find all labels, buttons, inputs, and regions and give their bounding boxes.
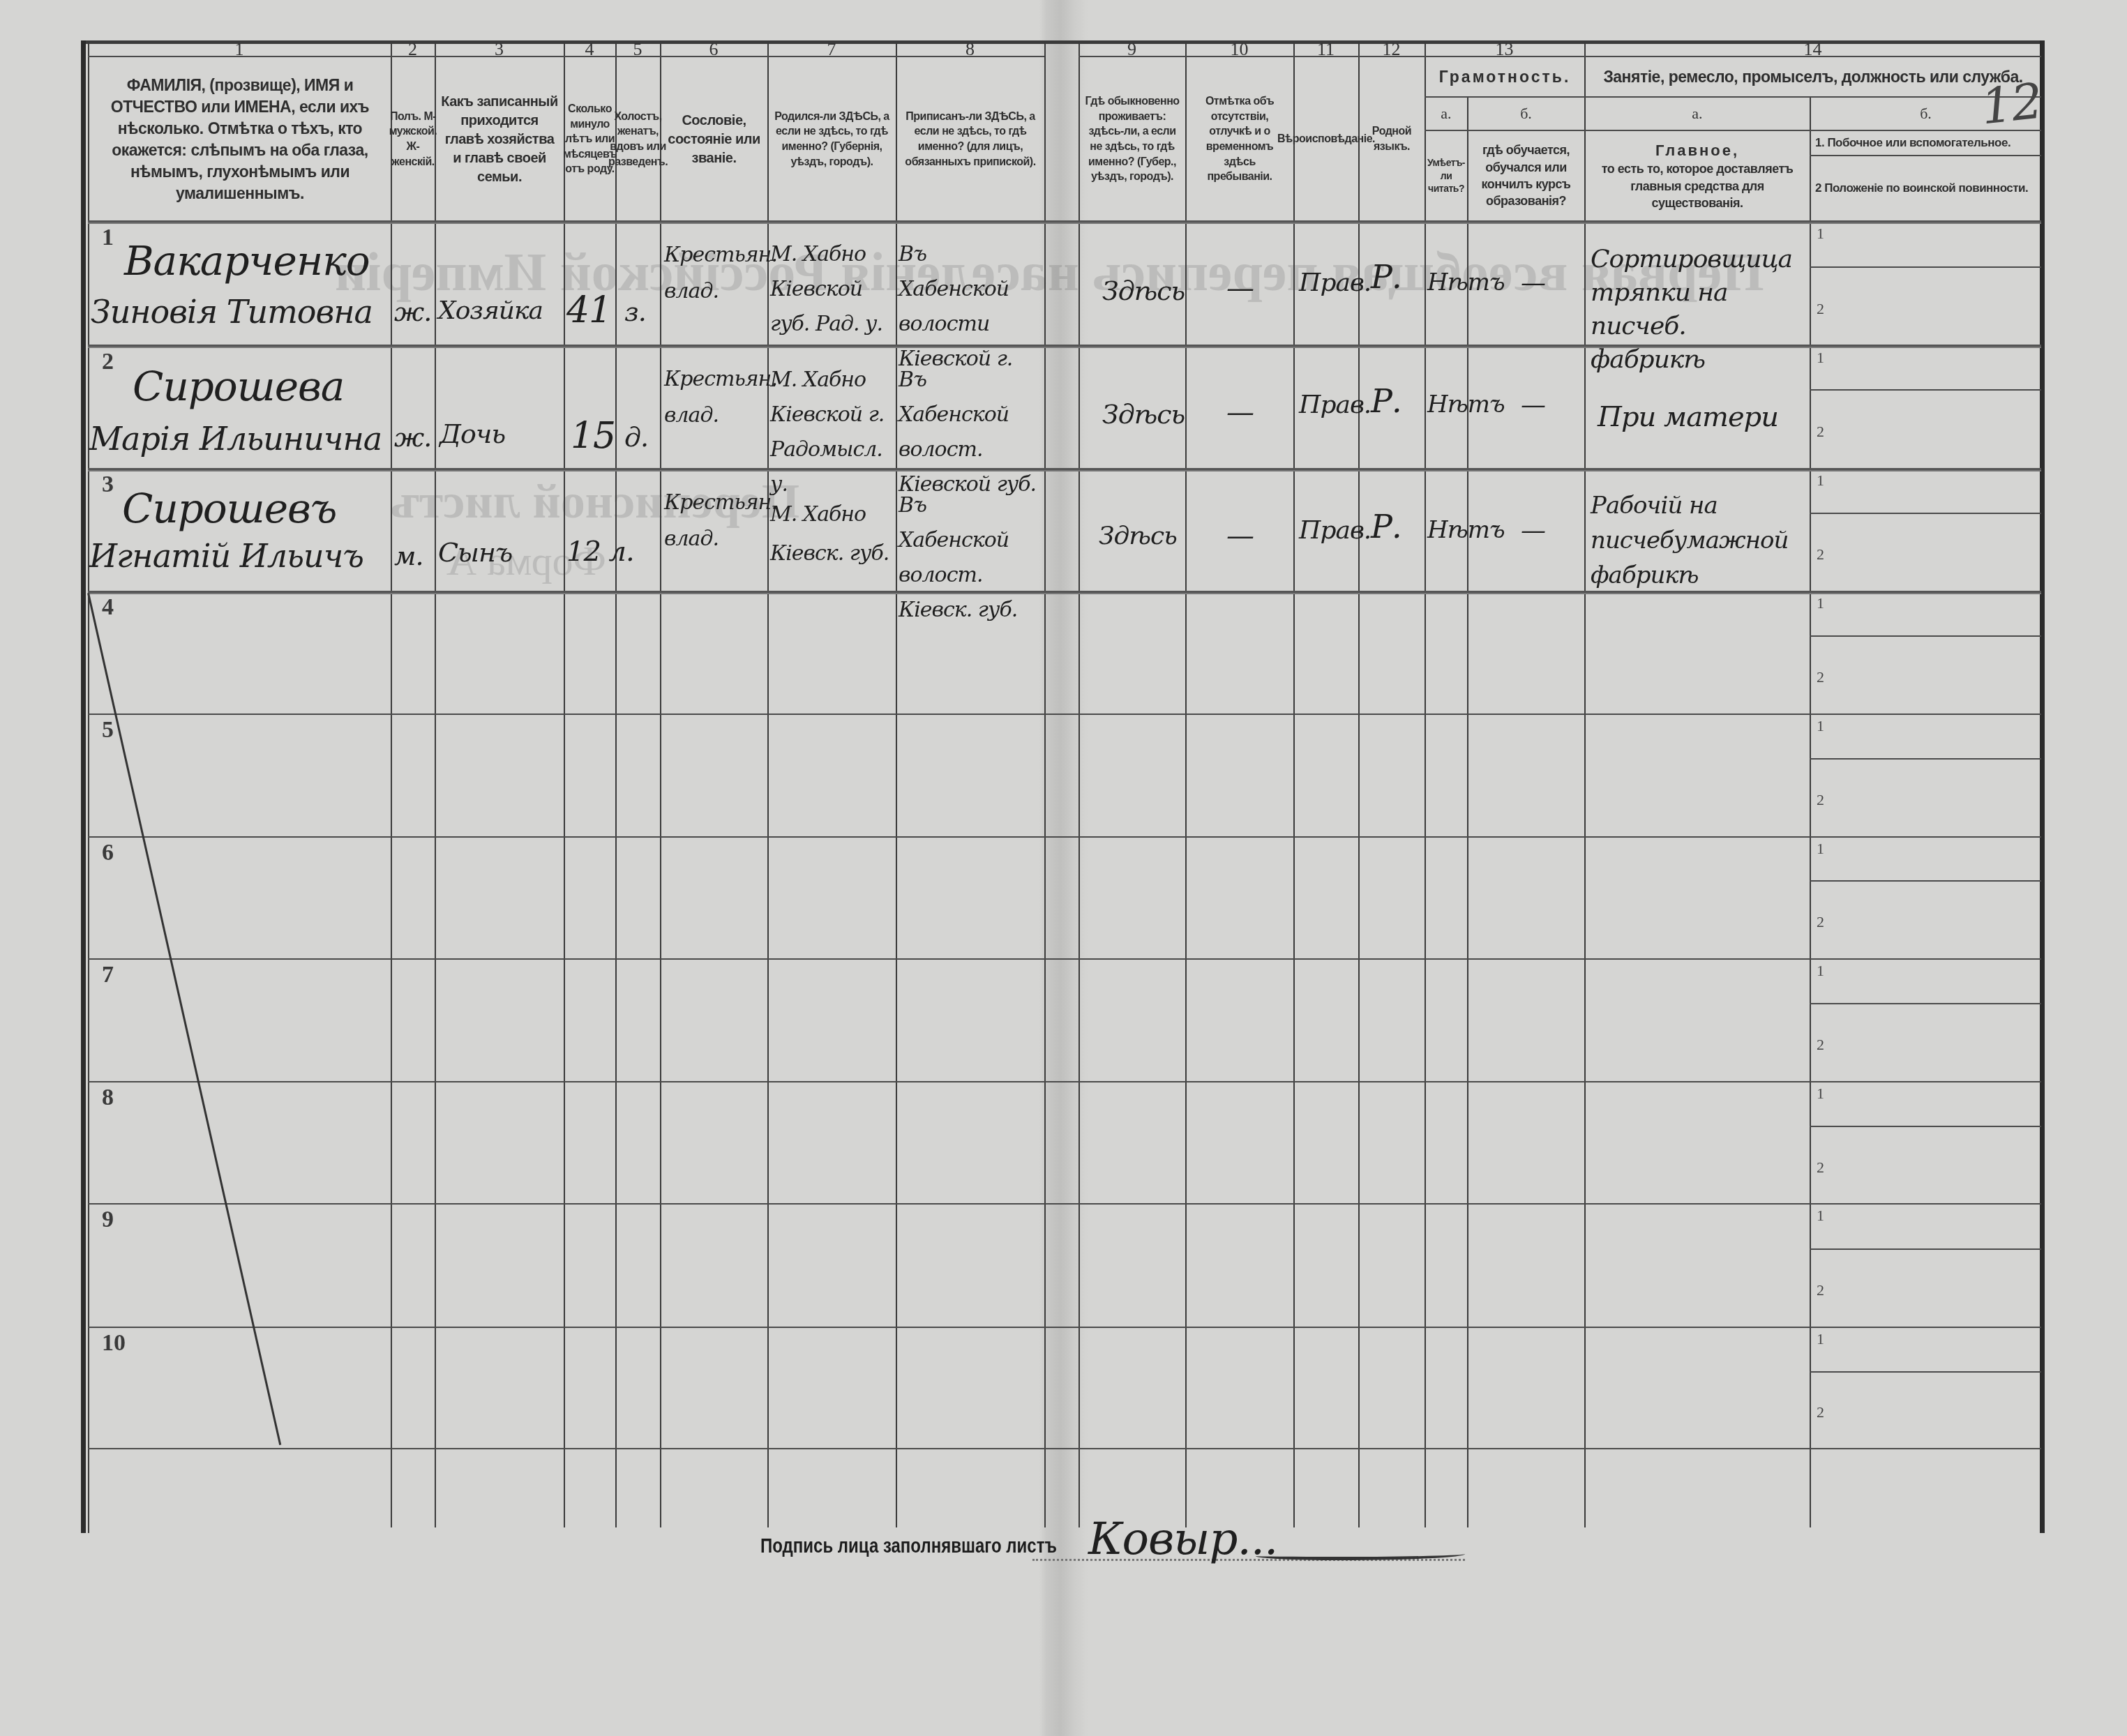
column-number: 12 [1358,42,1425,57]
sex: ж. [394,296,431,327]
col-divider [1425,42,1426,1527]
subrow-label: 1 [1817,717,1824,735]
birthplace: М. Хабно Кіевск. губ. [770,495,893,573]
sex: м. [394,541,423,571]
table-left-inner-border [88,40,89,1533]
header-col13b-education: гдѣ обучается, обучался или кончилъ курс… [1468,131,1584,220]
subrow-label: 1 [1817,1207,1824,1225]
column-number: 13 [1425,42,1584,57]
header-col11-religion: Вѣроисповѣданіе. [1295,59,1358,220]
subrow-line [1810,1126,2041,1127]
registered: Въ Хабенской волост. Кіевск. губ. [899,488,1042,628]
row-number: 4 [102,594,114,621]
age: 41 [566,289,611,331]
header-col12-language: Родной языкъ. [1360,59,1424,220]
census-sheet-paper: Первая всеобщая перепись населенія Россі… [0,0,2127,1736]
subrow-label: 1 [1817,1085,1824,1103]
col-divider-14ab [1810,98,1811,1527]
header-col2-sex: Полъ. М-мужской. Ж-женскій. [392,59,434,220]
subrow-line [1810,389,2041,391]
subrow-label: 2 [1817,300,1824,318]
header-col6-estate: Сословіе, состояніе или званіе. [661,59,767,220]
row-number: 9 [102,1207,114,1233]
subrow-label: 1 [1817,594,1824,612]
column-number: 5 [615,42,660,57]
absence: — [1226,272,1254,304]
column-number: 4 [564,42,615,57]
subrow-line [1810,513,2041,514]
language: Р. [1371,508,1401,545]
column-number: 9 [1078,42,1185,57]
relation: Сынъ [438,537,512,568]
row-line [88,1081,2041,1082]
subrow-label: 1 [1817,349,1824,367]
header-col3-relation: Какъ записанный приходится главѣ хозяйст… [436,59,563,220]
row-number: 1 [102,225,114,251]
column-number: 6 [660,42,767,57]
table-right-border [2040,40,2045,1533]
occupation-main: При матери [1598,401,1778,433]
header-col8-registered: Приписанъ-ли ЗДѢСЬ, а если не здѣсь, то … [897,59,1044,220]
row-line [88,836,2041,838]
row-line [88,958,2041,960]
subrow-label: 1 [1817,1330,1824,1348]
subrow-label: 1 [1817,225,1824,243]
col-divider [1078,42,1080,1527]
residence: Здѣсь [1099,522,1177,550]
table-left-border [81,40,86,1533]
can-read: Нѣтъ [1427,516,1505,544]
subrow-label: 1 [1817,471,1824,490]
subrow-line [1810,880,2041,882]
education: — [1521,516,1545,545]
subrow-line [1810,1371,2041,1373]
estate: Крестьян. влад. [664,237,762,310]
signature-label: Подпись лица заполнявшаго листъ [760,1534,1057,1558]
row-line [88,1448,2041,1449]
age: 15 [571,415,615,457]
subrow-label: 2 [1817,423,1824,441]
row-number: 10 [102,1330,126,1357]
subrow-line [1810,635,2041,637]
header-col14a-main: Главное, то есть то, которое доставляетъ… [1586,131,1809,220]
education: — [1521,269,1545,297]
estate: Крестьян. влад. [664,361,762,434]
cancel-diagonal-line [87,593,281,1445]
header-col4-age: Сколько минуло лѣтъ или мѣсяцевъ отъ род… [565,59,615,220]
row-line [88,1203,2041,1205]
row-number: 2 [102,349,114,375]
relation: Дочь [439,418,505,449]
subrow-label: 2 [1817,545,1824,564]
header-col13b-label: б. [1468,98,1584,130]
row-number: 8 [102,1085,114,1111]
header-col5-marital: Холостъ, женатъ, вдовъ или разведенъ. [617,59,659,220]
language: Р. [1371,258,1401,296]
absence: — [1226,520,1254,552]
row-number: 3 [102,471,114,498]
col-divider [896,42,897,1527]
relation: Хозяйка [438,296,543,325]
education: — [1521,391,1545,419]
header-col14a-label: а. [1586,98,1809,130]
header-col14-occupation-title: Занятіе, ремесло, промыселъ, должность и… [1586,59,2040,96]
can-read: Нѣтъ [1427,391,1505,418]
subrow-label: 2 [1817,1036,1824,1054]
subrow-line [1810,1248,2041,1250]
header-col9-residence: Гдѣ обыкновенно проживаетъ: здѣсь-ли, а … [1080,59,1185,220]
residence: Здѣсь [1102,276,1185,306]
header-col14b-secondary: 1. Побочное или вспомогательное. [1811,131,2040,155]
absence: — [1226,396,1254,428]
subrow-label: 1 [1817,840,1824,858]
occupation-main: Рабочій на писчебумажной фабрикѣ [1591,488,1807,593]
religion: Прав. [1299,391,1371,419]
column-number: 10 [1185,42,1293,57]
header-col13-literacy-title: Грамотность. [1426,59,1584,96]
given-names: Марія Ильинична [89,420,382,458]
bleed-through-title: Первая всеобщая перепись населенія Россі… [335,241,1764,303]
birthplace: М. Хабно Кіевской губ. Рад. у. [770,237,893,342]
religion: Прав. [1299,516,1371,545]
header-col13a-can-read: Умѣетъ-ли читать? [1426,131,1466,220]
row-number: 6 [102,840,114,866]
religion: Прав. [1299,269,1371,297]
subrow-line [1810,758,2041,760]
col-divider [435,42,436,1527]
subrow-line [1810,266,2041,268]
header-col1-name: ФАМИЛІЯ, (прозвище), ИМЯ и ОТЧЕСТВО или … [91,59,389,220]
age: 12 л. [566,536,634,568]
column-number: 3 [435,42,564,57]
col-divider [1293,42,1295,1527]
column-number: 1 [88,42,391,57]
header-col14a-main-title: Главное, [1655,140,1739,161]
residence: Здѣсь [1102,399,1185,430]
surname: Сирошева [133,363,344,410]
row-number: 5 [102,717,114,744]
subrow-label: 2 [1817,913,1824,931]
row-line [88,468,2041,471]
col-divider [1584,42,1586,1527]
subrow-label: 2 [1817,791,1824,809]
surname: Сирошевъ [122,485,336,532]
header-col13a-label: а. [1426,98,1466,130]
header-bottom-line [88,220,2041,224]
col-divider [1044,42,1046,1527]
page-number: 12 [1978,73,2045,136]
header-col7-birthplace: Родился-ли ЗДѢСЬ, а если не здѣсь, то гд… [769,59,895,220]
col-divider [564,42,565,1527]
can-read: Нѣтъ [1427,269,1505,296]
occupation-main: Сортировщица тряпки на писчеб. фабрикѣ [1591,243,1807,377]
language: Р. [1371,382,1401,420]
surname: Вакарченко [124,237,370,285]
signature: Ковыр... [1088,1514,1277,1565]
subrow-label: 2 [1817,1403,1824,1421]
row-number: 7 [102,962,114,988]
subrow-label: 2 [1817,1158,1824,1177]
header-col14b-military: 2 Положеніе по воинской повинности. [1811,156,2040,220]
column-number: 11 [1293,42,1358,57]
col-divider-13ab [1467,98,1468,1527]
col-divider [615,42,617,1527]
col-divider [1358,42,1360,1527]
row-line [88,714,2041,715]
marital: з. [624,296,646,327]
subrow-label: 1 [1817,962,1824,980]
given-names: Зиновія Титовна [91,293,373,331]
col-divider [1185,42,1187,1527]
registered: Въ Хабенской волост. Кіевской губ. [899,363,1042,502]
column-number: 7 [767,42,896,57]
given-names: Игнатій Ильичъ [89,537,363,575]
sex: ж. [394,422,431,453]
birthplace: М. Хабно Кіевской г. Радомысл. у. [770,363,893,502]
marital: д. [624,422,648,453]
column-number: 8 [896,42,1044,57]
row-line [88,1327,2041,1328]
col-divider [660,42,661,1527]
subrow-label: 2 [1817,1281,1824,1299]
col-divider [391,42,392,1527]
header-col14a-main-text: то есть то, которое доставляетъ главныя … [1590,160,1805,211]
registered: Въ Хабенской волости Кіевской г. [899,237,1042,377]
column-number: 2 [391,42,435,57]
column-number: 14 [1584,42,2041,57]
subrow-line [1810,1003,2041,1004]
subrow-label: 2 [1817,668,1824,686]
estate: Крестьян. влад. [664,485,762,557]
